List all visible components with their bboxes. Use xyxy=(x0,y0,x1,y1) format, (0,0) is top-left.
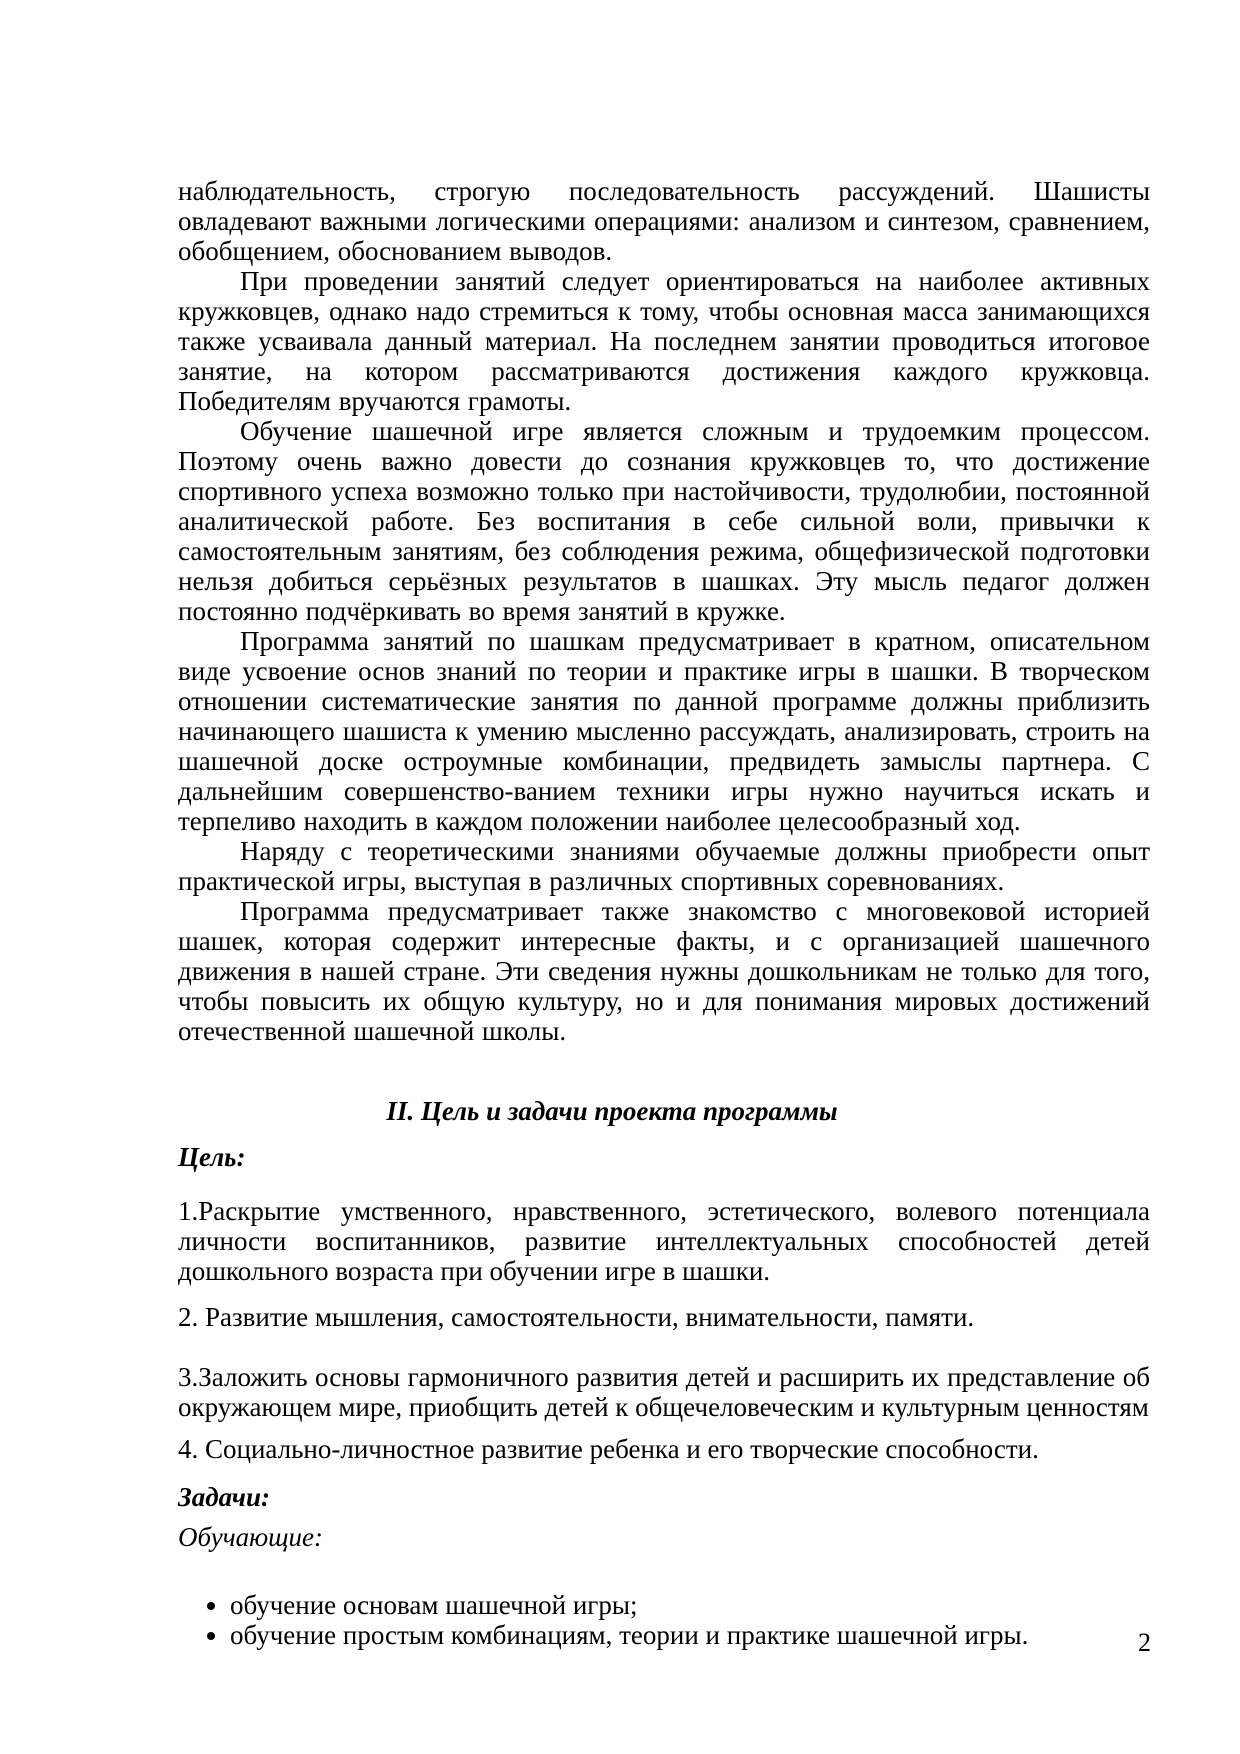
tasks-label: Задачи: xyxy=(178,1482,1150,1512)
body-paragraph: Программа предусматривает также знакомст… xyxy=(178,896,1150,1046)
body-paragraph: Программа занятий по шашкам предусматрив… xyxy=(178,626,1150,836)
body-paragraph: Наряду с теоретическими знаниями обучаем… xyxy=(178,836,1150,896)
document-page: наблюдательность, строгую последовательн… xyxy=(0,0,1240,1754)
section-heading: II. Цель и задачи проекта программы xyxy=(178,1096,1046,1126)
body-paragraph: Обучение шашечной игре является сложным … xyxy=(178,416,1150,626)
goal-item: 1.Раскрытие умственного, нравственного, … xyxy=(178,1196,1150,1286)
goal-label: Цель: xyxy=(178,1142,1150,1172)
list-item: обучение простым комбинациям, теории и п… xyxy=(230,1620,1150,1650)
body-paragraph: наблюдательность, строгую последовательн… xyxy=(178,176,1150,266)
list-item: обучение основам шашечной игры; xyxy=(230,1590,1150,1620)
goal-item: 4. Социально-личностное развитие ребенка… xyxy=(178,1434,1150,1464)
goal-item: 3.Заложить основы гармоничного развития … xyxy=(178,1362,1150,1422)
page-content: наблюдательность, строгую последовательн… xyxy=(178,176,1150,1650)
page-number: 2 xyxy=(1138,1628,1151,1658)
body-paragraph: При проведении занятий следует ориентиро… xyxy=(178,266,1150,416)
goal-item: 2. Развитие мышления, самостоятельности,… xyxy=(178,1302,1150,1332)
tasks-group-label: Обучающие: xyxy=(178,1522,1150,1552)
task-bullet-list: обучение основам шашечной игры; обучение… xyxy=(178,1590,1150,1650)
